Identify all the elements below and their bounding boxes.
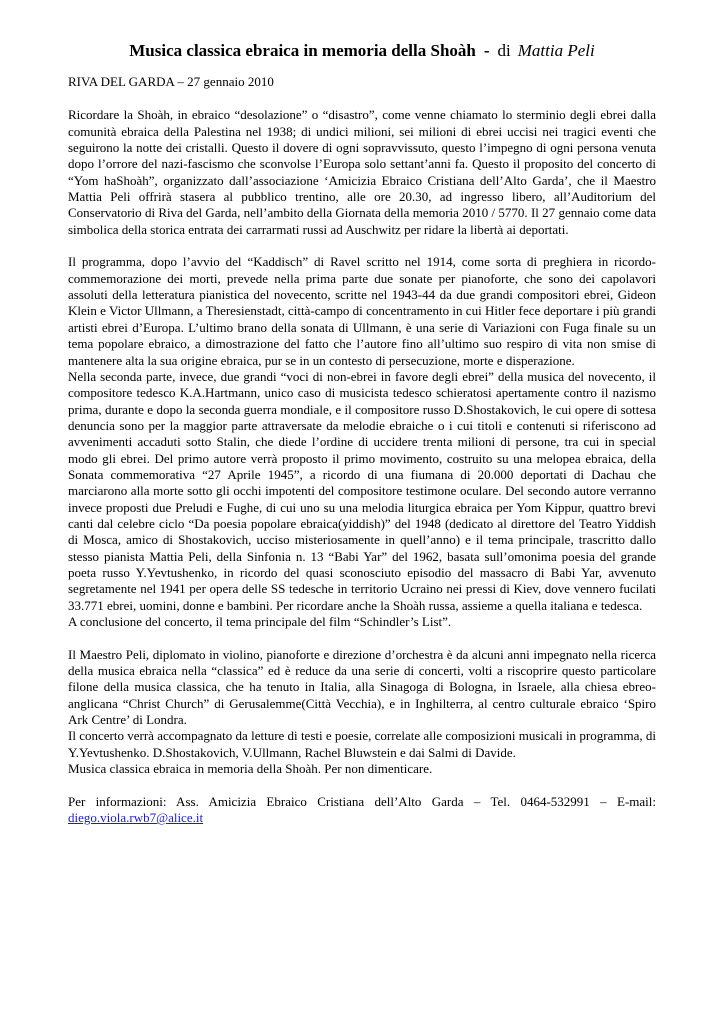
- title-byline-prefix: di: [498, 41, 511, 60]
- paragraph-motto: Musica classica ebraica in memoria della…: [68, 761, 656, 777]
- paragraph-letture: Il concerto verrà accompagnato da lettur…: [68, 728, 656, 761]
- paragraph-maestro: Il Maestro Peli, diplomato in violino, p…: [68, 647, 656, 729]
- title-text: Musica classica ebraica in memoria della…: [129, 41, 476, 60]
- paragraph-intro: Ricordare la Shoàh, in ebraico “desolazi…: [68, 107, 656, 238]
- title-dash: -: [484, 41, 490, 60]
- document-page: Musica classica ebraica in memoria della…: [0, 0, 724, 1024]
- paragraph-programma: Il programma, dopo l’avvio del “Kaddisch…: [68, 254, 656, 368]
- document-content: Musica classica ebraica in memoria della…: [0, 0, 724, 826]
- email-link[interactable]: diego.viola.rwb7@alice.it: [68, 810, 203, 825]
- contact-line: Per informazioni: Ass. Amicizia Ebraico …: [68, 794, 656, 827]
- document-title: Musica classica ebraica in memoria della…: [68, 40, 656, 61]
- contact-text: Per informazioni: Ass. Amicizia Ebraico …: [68, 794, 656, 809]
- title-author: Mattia Peli: [518, 41, 595, 60]
- paragraph-seconda-parte: Nella seconda parte, invece, due grandi …: [68, 369, 656, 614]
- paragraph-conclusione: A conclusione del concerto, il tema prin…: [68, 614, 656, 630]
- dateline: RIVA DEL GARDA – 27 gennaio 2010: [68, 74, 656, 90]
